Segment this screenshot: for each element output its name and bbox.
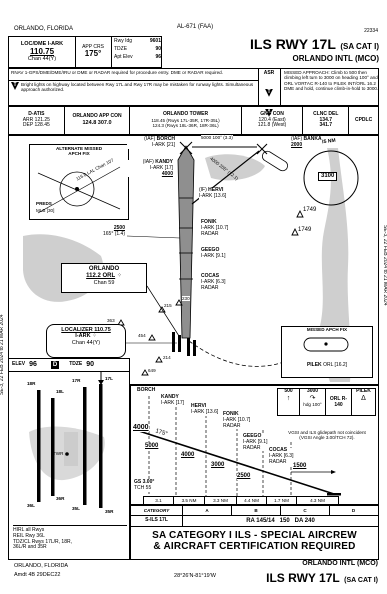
category-b: B: [232, 506, 281, 515]
profile-geego-radar: RADAR: [243, 445, 261, 451]
rwy-ldg-label: Rwy Idg: [114, 39, 132, 45]
clearance-freq-uhf: 341.7: [320, 123, 333, 129]
inset-fix-name: PREDS: [36, 201, 52, 206]
rwy-label-36r: 36R: [56, 496, 64, 501]
obstacle-454: 454: [138, 333, 146, 338]
minimums-section: CATEGORY A B C D S-ILS 17L RA 145/14 150…: [130, 505, 379, 560]
cocas-fix-label: COCAS I-ARK [6.3] RADAR: [201, 274, 225, 291]
category-c: C: [281, 506, 330, 515]
profile-fonik-radar: RADAR: [223, 423, 241, 429]
airport-sketch: ELEV 96 D TDZE 90 18R 18L 17R 17L 36L 36…: [8, 358, 130, 560]
fonik-fix-label: FONIK I-ARK [10.7] RADAR: [201, 220, 228, 237]
obstacle-1749-b: 1749: [298, 227, 311, 234]
missed-fix-name: PILEK: [307, 362, 322, 368]
lighting-notes: HIRL all Rwys REIL Rwy 36L TDZ/CL Rwys 1…: [13, 525, 127, 551]
bottom-title: ILS RWY 17L: [266, 571, 340, 585]
turn-arrow-icon: ↷: [300, 395, 325, 403]
profile-alt-5000: 5000: [145, 443, 158, 450]
highway-lights-note: Bright lights on highway located between…: [21, 82, 256, 93]
missed-apch-fix-box: MISSED APCH FIX PILEK ORL [16.2]: [281, 326, 373, 378]
missed-approach-track-boxes: 500↑ 3000↷hdg 100° ORL R-140 PILEKΔ: [277, 388, 376, 416]
atis-departure: DEP 128.45: [23, 123, 50, 129]
airport-icon: [193, 340, 196, 356]
procedure-id: 22334: [330, 29, 378, 35]
rwy-label-18r: 18R: [27, 381, 35, 386]
sa-banner-line2: & AIRCRAFT CERTIFICATION REQUIRED: [131, 541, 378, 552]
kandy-altitude: 4000: [162, 171, 173, 177]
profile-hervi: HERVII-ARK [13.6]: [191, 404, 218, 416]
plan-view: MSA ORL 25 NM 3100 ALTERNATE MISSED APCH…: [8, 135, 379, 385]
lighting-note-4: 36L/R and 35R: [13, 545, 127, 551]
vortac-leader: [147, 286, 179, 336]
vortac-name: ORLANDO: [62, 266, 146, 273]
profile-cocas-radar: RADAR: [269, 459, 287, 465]
dist-6: 4.3 NM: [297, 497, 338, 505]
hervi-fix-label: (IF) HERVI I-ARK [13.6]: [199, 188, 226, 200]
rwy-label-17r: 17R: [72, 378, 80, 383]
mi-fix-triangle-icon: Δ: [352, 395, 375, 403]
msa-altitude: 3100: [318, 172, 337, 181]
rwy-label-35r: 35R: [105, 509, 113, 514]
sketch-elev-label: ELEV: [12, 362, 25, 368]
rwy-ldg-value: 9601: [150, 39, 161, 45]
tower-label: TWR: [53, 451, 63, 456]
banka-altitude: 2000: [291, 142, 302, 148]
missed-fix-dme: ORL [16.2]: [323, 362, 347, 368]
asr-label: ASR: [258, 71, 280, 77]
alternate-missed-inset: ALTERNATE MISSED APCH FIX 116.0 LAL Chan…: [29, 144, 129, 220]
profile-alt-2500: 2500: [237, 473, 250, 480]
tdze-value: 90: [155, 47, 161, 53]
stepdown-label: 2500 165° (1.4): [91, 226, 125, 238]
declared-distance-icon: D: [51, 361, 59, 369]
al-number: AL-671 (FAA): [150, 24, 240, 31]
vgsi-note-line2: (VGSI Angle 3.00/TCH 72).: [299, 435, 354, 440]
loc-frequency: 110.75: [30, 48, 54, 57]
profile-alt-1500: 1500: [293, 463, 306, 470]
profile-alt-3000: 3000: [211, 462, 224, 469]
sils-row-label: S-ILS 17L: [131, 516, 183, 526]
takeoff-minimums-icon: T: [11, 82, 19, 90]
gs-tch-block: GS 3.00° TCH 55: [134, 480, 154, 492]
profile-kandy: KANDYI-ARK [17]: [161, 395, 184, 407]
vortac-channel: Chan 59: [62, 280, 146, 286]
kandy-fix-label: (IAF) KANDY I-ARK [17] 4000: [121, 160, 173, 177]
procedure-title: ILS RWY 17L: [250, 36, 336, 52]
banka-name: BANKA: [304, 136, 322, 142]
missed-hold-icon: [282, 332, 372, 358]
vgsi-note: VGSI and ILS glidepath not coincident(VG…: [279, 430, 375, 441]
dist-3: 3.3 NM: [205, 497, 237, 505]
inset-title-line2: APCH FIX: [68, 151, 89, 156]
profile-hervi-dme: I-ARK [13.6]: [191, 409, 218, 415]
bottom-title-category: (SA CAT I): [344, 577, 378, 584]
apt-elev-label: Apt Elev: [114, 55, 133, 61]
mi-heading: hdg 100°: [300, 402, 325, 407]
segment-distance-row: 3.1 3.5 NM 3.3 NM 4.4 NM 1.7 NM 4.3 NM: [143, 496, 339, 505]
ground-freq-west: 121.8 (West): [258, 123, 287, 129]
geego-fix-label: GEEGO I-ARK [9.1]: [201, 248, 225, 260]
bottom-airport: ORLANDO INTL (MCO): [230, 560, 378, 568]
missed-approach-path: [189, 341, 294, 366]
profile-borch: BORCH: [137, 388, 155, 394]
profile-kandy-dme: I-ARK [17]: [161, 400, 184, 406]
profile-cocas: COCASI-ARK [6.3]RADAR: [269, 448, 293, 465]
left-edition-text: SE-3, 22 FEB 2024 to 21 MAR 2024: [0, 225, 6, 395]
profile-alt-4000: 4000: [181, 452, 194, 459]
dist-5: 1.7 NM: [267, 497, 297, 505]
mi-radial: ORL R-140: [326, 397, 351, 409]
banka-fix-label: (IAF) BANKA 2000: [291, 137, 322, 149]
inset-title-line1: ALTERNATE MISSED: [56, 146, 102, 151]
nonstandard-takeoff-icon: T: [265, 89, 273, 97]
app-con-freq: 124.8 307.0: [82, 120, 111, 126]
obstacle-230: 230: [182, 296, 190, 301]
localizer-feather: [178, 146, 194, 338]
borch-feeder-label: 5000 100° (3.3): [201, 135, 233, 140]
app-crs-value: 175°: [85, 50, 102, 59]
equipment-note: RNAV 1-GPS/DME/DME/IRU or DME or RADAR r…: [9, 69, 258, 81]
right-edition-text: SE-3, 22 FEB 2024 to 21 MAR 2024: [381, 225, 387, 395]
sketch-tdze-label: TDZE: [69, 362, 82, 368]
obstacle-215: 215: [164, 303, 172, 308]
approach-plate: { "side_text": "SE-3, 22 FEB 2024 to 21 …: [0, 0, 387, 594]
sketch-elev-value: 96: [29, 361, 37, 369]
sa-banner-line1: SA CATEGORY I ILS - SPECIAL AIRCREW: [131, 530, 378, 541]
banka-hold-icon: [260, 149, 289, 172]
runway-layout-graphics: [9, 372, 129, 522]
tdze-label: TDZE: [114, 47, 127, 53]
missed-approach-text: MISSED APPROACH: Climb to 500 then climb…: [282, 69, 382, 107]
fonik-radar: RADAR: [201, 231, 219, 237]
borch-fix-label: (IAF) BORCH I-ARK [21]: [127, 137, 175, 149]
profile-view: 500↑ 3000↷hdg 100° ORL R-140 PILEKΔ BORC…: [130, 385, 379, 505]
borch-dme: I-ARK [21]: [152, 142, 175, 148]
approach-arrow-icon: [98, 380, 104, 385]
rwy-label-17l: 17L: [105, 376, 113, 381]
profile-alt-4000-borch: 4000: [133, 424, 149, 432]
tch-value: TCH 55: [134, 486, 154, 492]
cocas-radar: RADAR: [201, 285, 219, 291]
vortac-freq: 112.2 ORL: [86, 273, 115, 279]
tower-freq-west: 124.3 (Rwys 18L-36R, 18R-36L): [152, 123, 218, 128]
localizer-box-ident: I-ARK: [75, 333, 90, 339]
obstacle-214: 214: [163, 355, 171, 360]
bottom-city: ORLANDO, FLORIDA: [14, 563, 68, 569]
sketch-tdze-value: 90: [86, 361, 94, 369]
procedure-title-category: (SA CAT I): [340, 42, 379, 51]
sils-minima-value: RA 145/14 150 DA 240: [183, 516, 378, 526]
stepdown-leader: [127, 236, 180, 238]
inset-fix-dme: MLB [30]: [36, 208, 54, 213]
city-state: ORLANDO, FLORIDA: [14, 26, 73, 33]
localizer-symbol-icon: ⁘: [92, 333, 97, 339]
category-header: CATEGORY: [131, 506, 183, 515]
localizer-box-channel: Chan 44(Y): [47, 340, 125, 346]
rwy-label-36l: 36L: [27, 503, 35, 508]
category-a: A: [183, 506, 232, 515]
amendment: Amdt 4B 29DEC22: [14, 572, 60, 578]
localizer-box: LOCALIZER 110.75 I-ARK ⁘ Chan 44(Y): [46, 324, 126, 358]
vgsi-note-line1: VGSI and ILS glidepath not coincident: [288, 430, 366, 435]
dist-1: 3.1: [144, 497, 174, 505]
tower-dot-icon: [65, 452, 69, 456]
stepdown-course: 165° (1.4): [103, 231, 125, 237]
geego-dme: I-ARK [9.1]: [201, 253, 225, 259]
profile-fix-lines: [149, 396, 291, 496]
vortac-box: ORLANDO 112.2 ORL ⁘ Chan 59: [61, 263, 147, 293]
obstacle-649: 649: [148, 368, 156, 373]
apt-elev-value: 96: [155, 55, 161, 61]
obstacle-363: 363: [107, 318, 115, 323]
profile-fonik: FONIKI-ARK [10.7]RADAR: [223, 412, 250, 429]
sa-category-banner: SA CATEGORY I ILS - SPECIAL AIRCREW & AI…: [131, 527, 378, 552]
profile-geego: GEEGOI-ARK [9.1]RADAR: [243, 434, 267, 451]
hervi-dme: I-ARK [13.6]: [199, 193, 226, 199]
rwy-label-18l: 18L: [56, 389, 64, 394]
category-d: D: [330, 506, 377, 515]
vortac-symbol-icon: ⁘: [117, 273, 122, 279]
climb-arrow-icon: ↑: [278, 395, 299, 403]
dist-4: 4.4 NM: [237, 497, 267, 505]
obstacle-1749-a: 1749: [303, 207, 316, 214]
loc-channel: Chan 44(Y): [28, 56, 56, 62]
dist-2: 3.5 NM: [174, 497, 205, 505]
cpdlc-label: CPDLC: [355, 118, 372, 124]
rwy-label-35l: 35L: [72, 506, 80, 511]
airport-name: ORLANDO INTL (MCO): [170, 55, 379, 64]
